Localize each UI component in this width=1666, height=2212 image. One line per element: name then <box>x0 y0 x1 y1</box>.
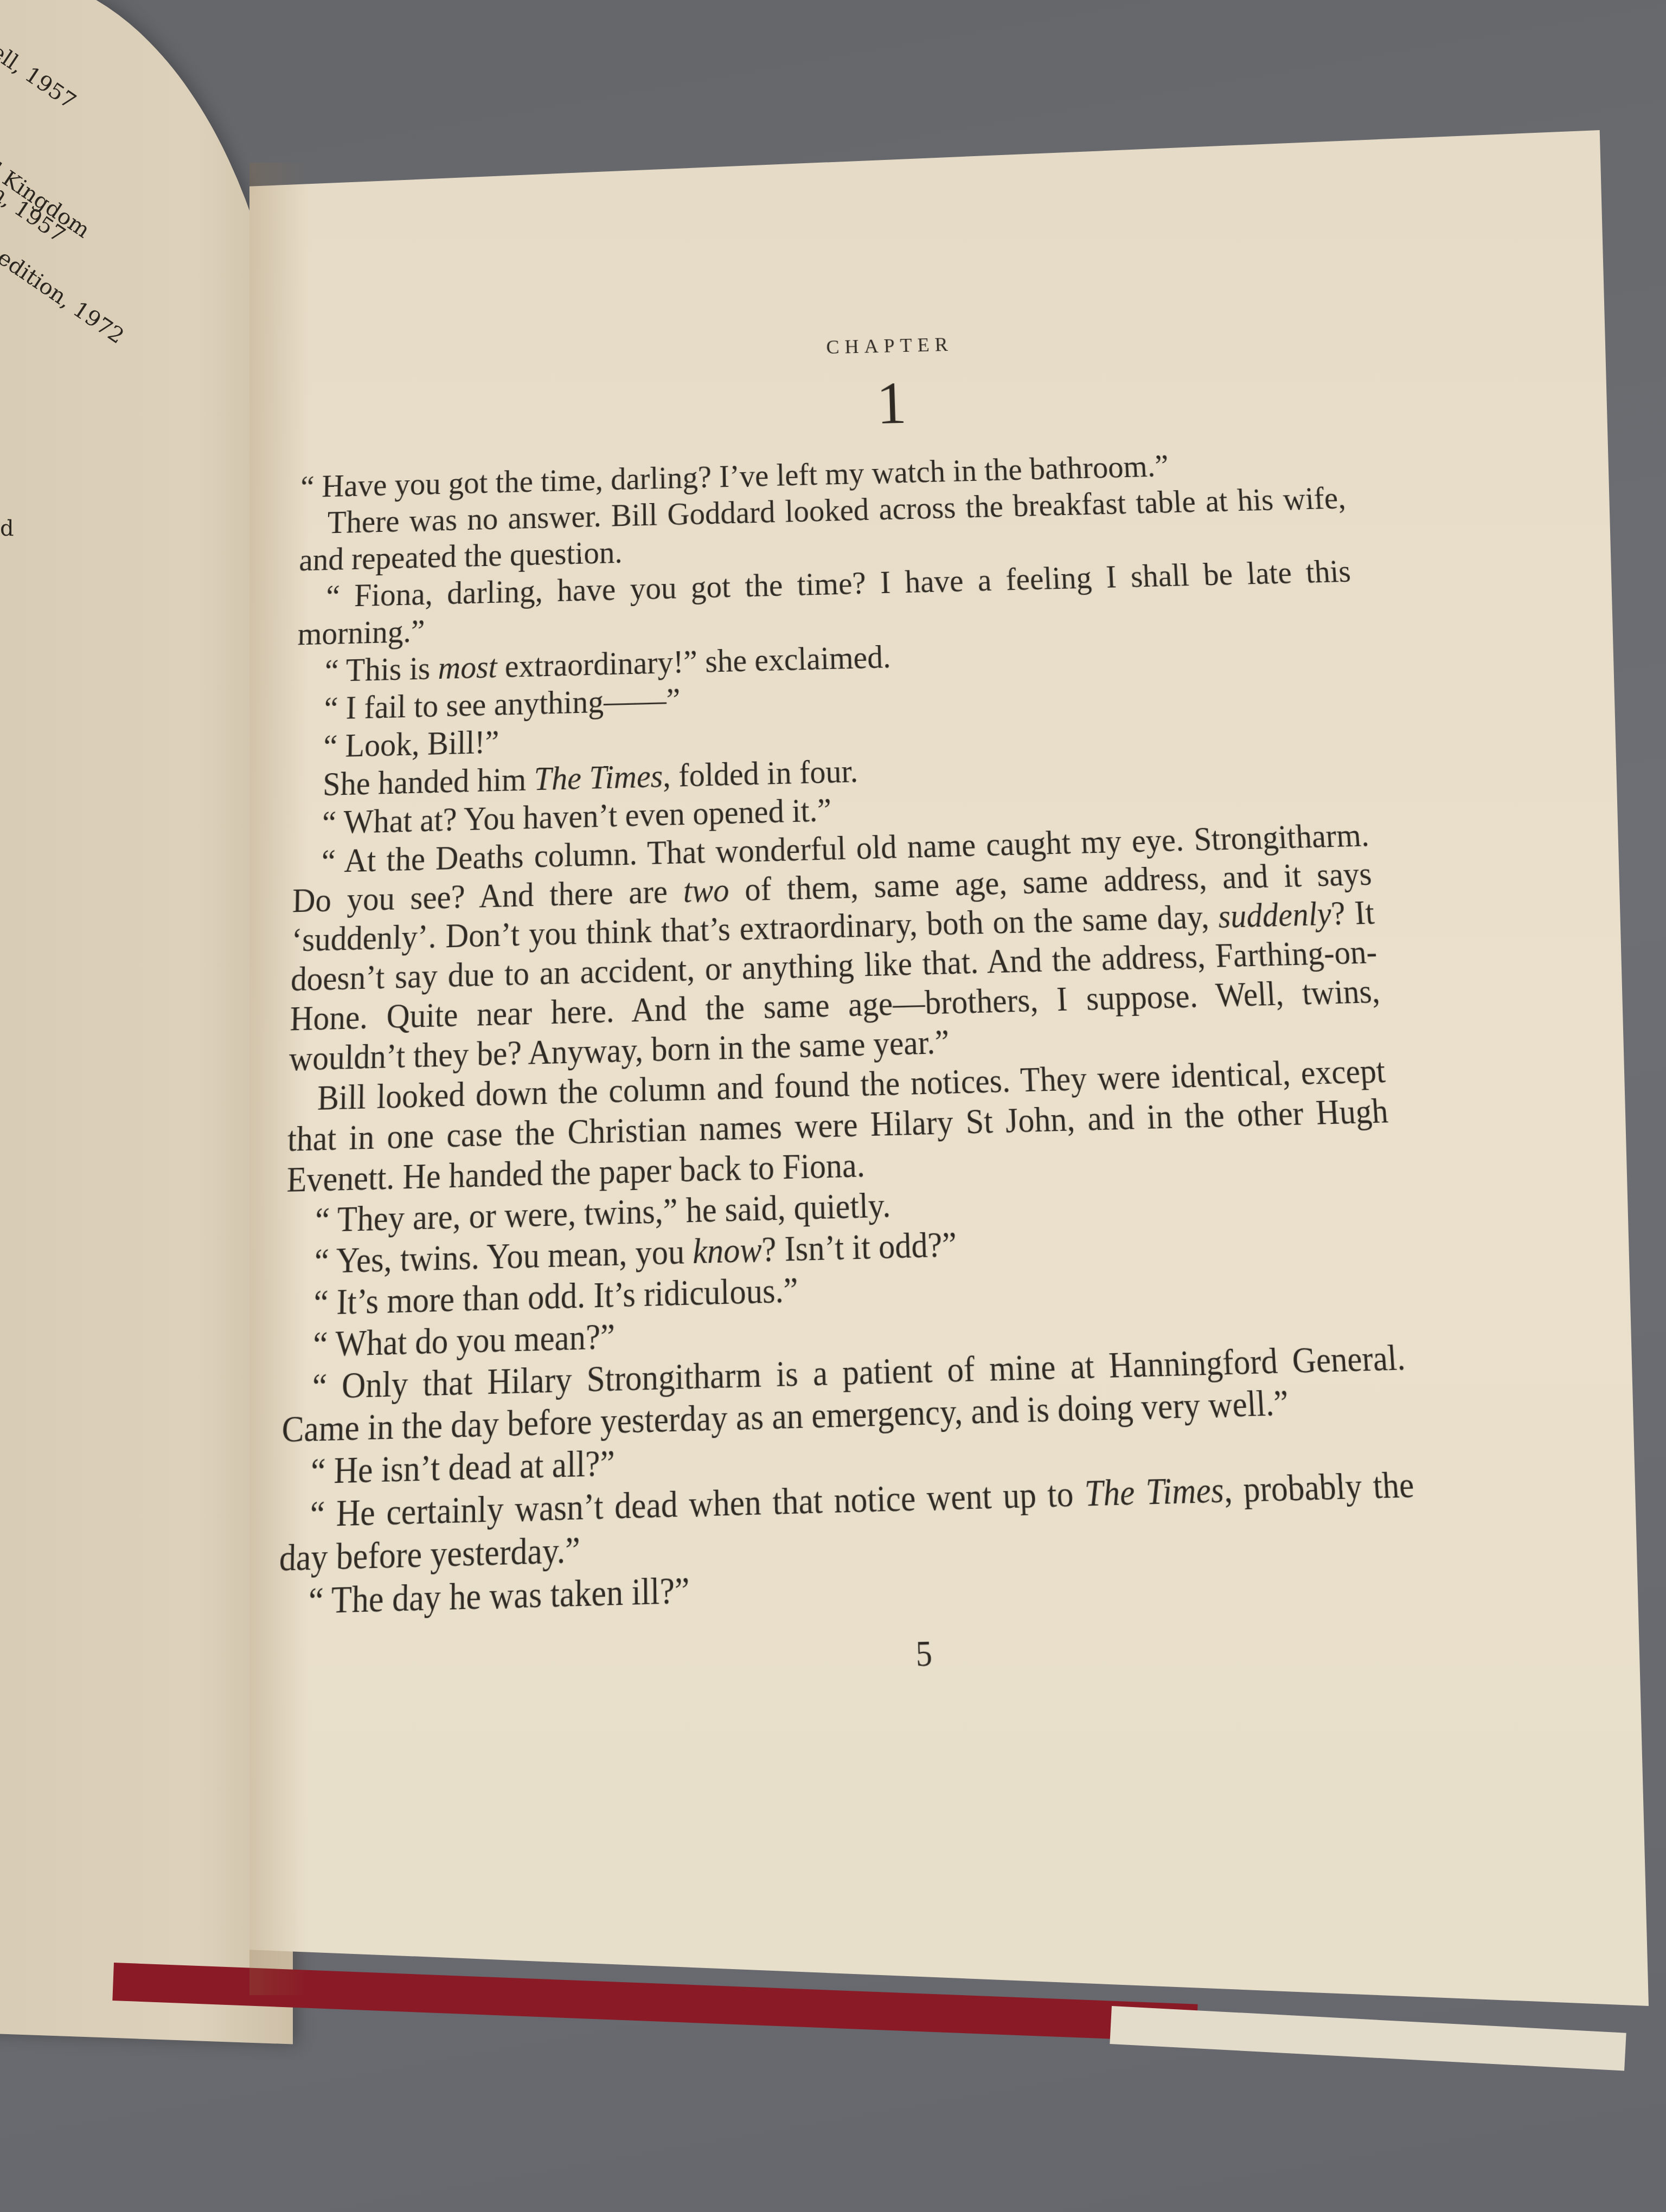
italic-text: The Times <box>1084 1470 1225 1514</box>
text-run: ? Isn’t it odd?” <box>761 1226 957 1270</box>
text-run: “ What do you mean?” <box>313 1317 616 1365</box>
paragraph: “ At the Deaths column. That wonderful o… <box>289 816 1384 1079</box>
text-run: She handed him <box>323 762 534 803</box>
text-run: , folded in four. <box>663 754 858 794</box>
text-run: “ I fail to see anything——” <box>324 683 680 727</box>
text-run: “ The day he was taken ill?” <box>308 1571 690 1622</box>
italic-text: know <box>693 1231 762 1271</box>
text-run: “ Look, Bill!” <box>323 725 499 765</box>
photo-scene: ell, 1957 l Kingdom n, 1957 edition, 197… <box>0 0 1666 2212</box>
chapter-number: 1 <box>444 362 1340 443</box>
text-run: “ He isn’t dead at all?” <box>310 1444 615 1492</box>
left-page-fragment: d <box>0 516 14 542</box>
italic-text: most <box>438 650 497 686</box>
text-run: “ This is <box>324 651 438 689</box>
body-text: “ Have you got the time, darling? I’ve l… <box>278 444 1421 1624</box>
italic-text: suddenly <box>1217 896 1332 935</box>
left-page: ell, 1957 l Kingdom n, 1957 edition, 197… <box>0 0 293 2044</box>
italic-text: two <box>683 872 729 910</box>
page-text-block: CHAPTER 1 “ Have you got the time, darli… <box>277 324 1426 1692</box>
left-page-fragment: edition, 1972 <box>0 245 129 349</box>
left-page-fragment: ell, 1957 <box>0 39 80 114</box>
italic-text: The Times <box>534 758 663 798</box>
page-block-edge <box>1110 2006 1626 2071</box>
